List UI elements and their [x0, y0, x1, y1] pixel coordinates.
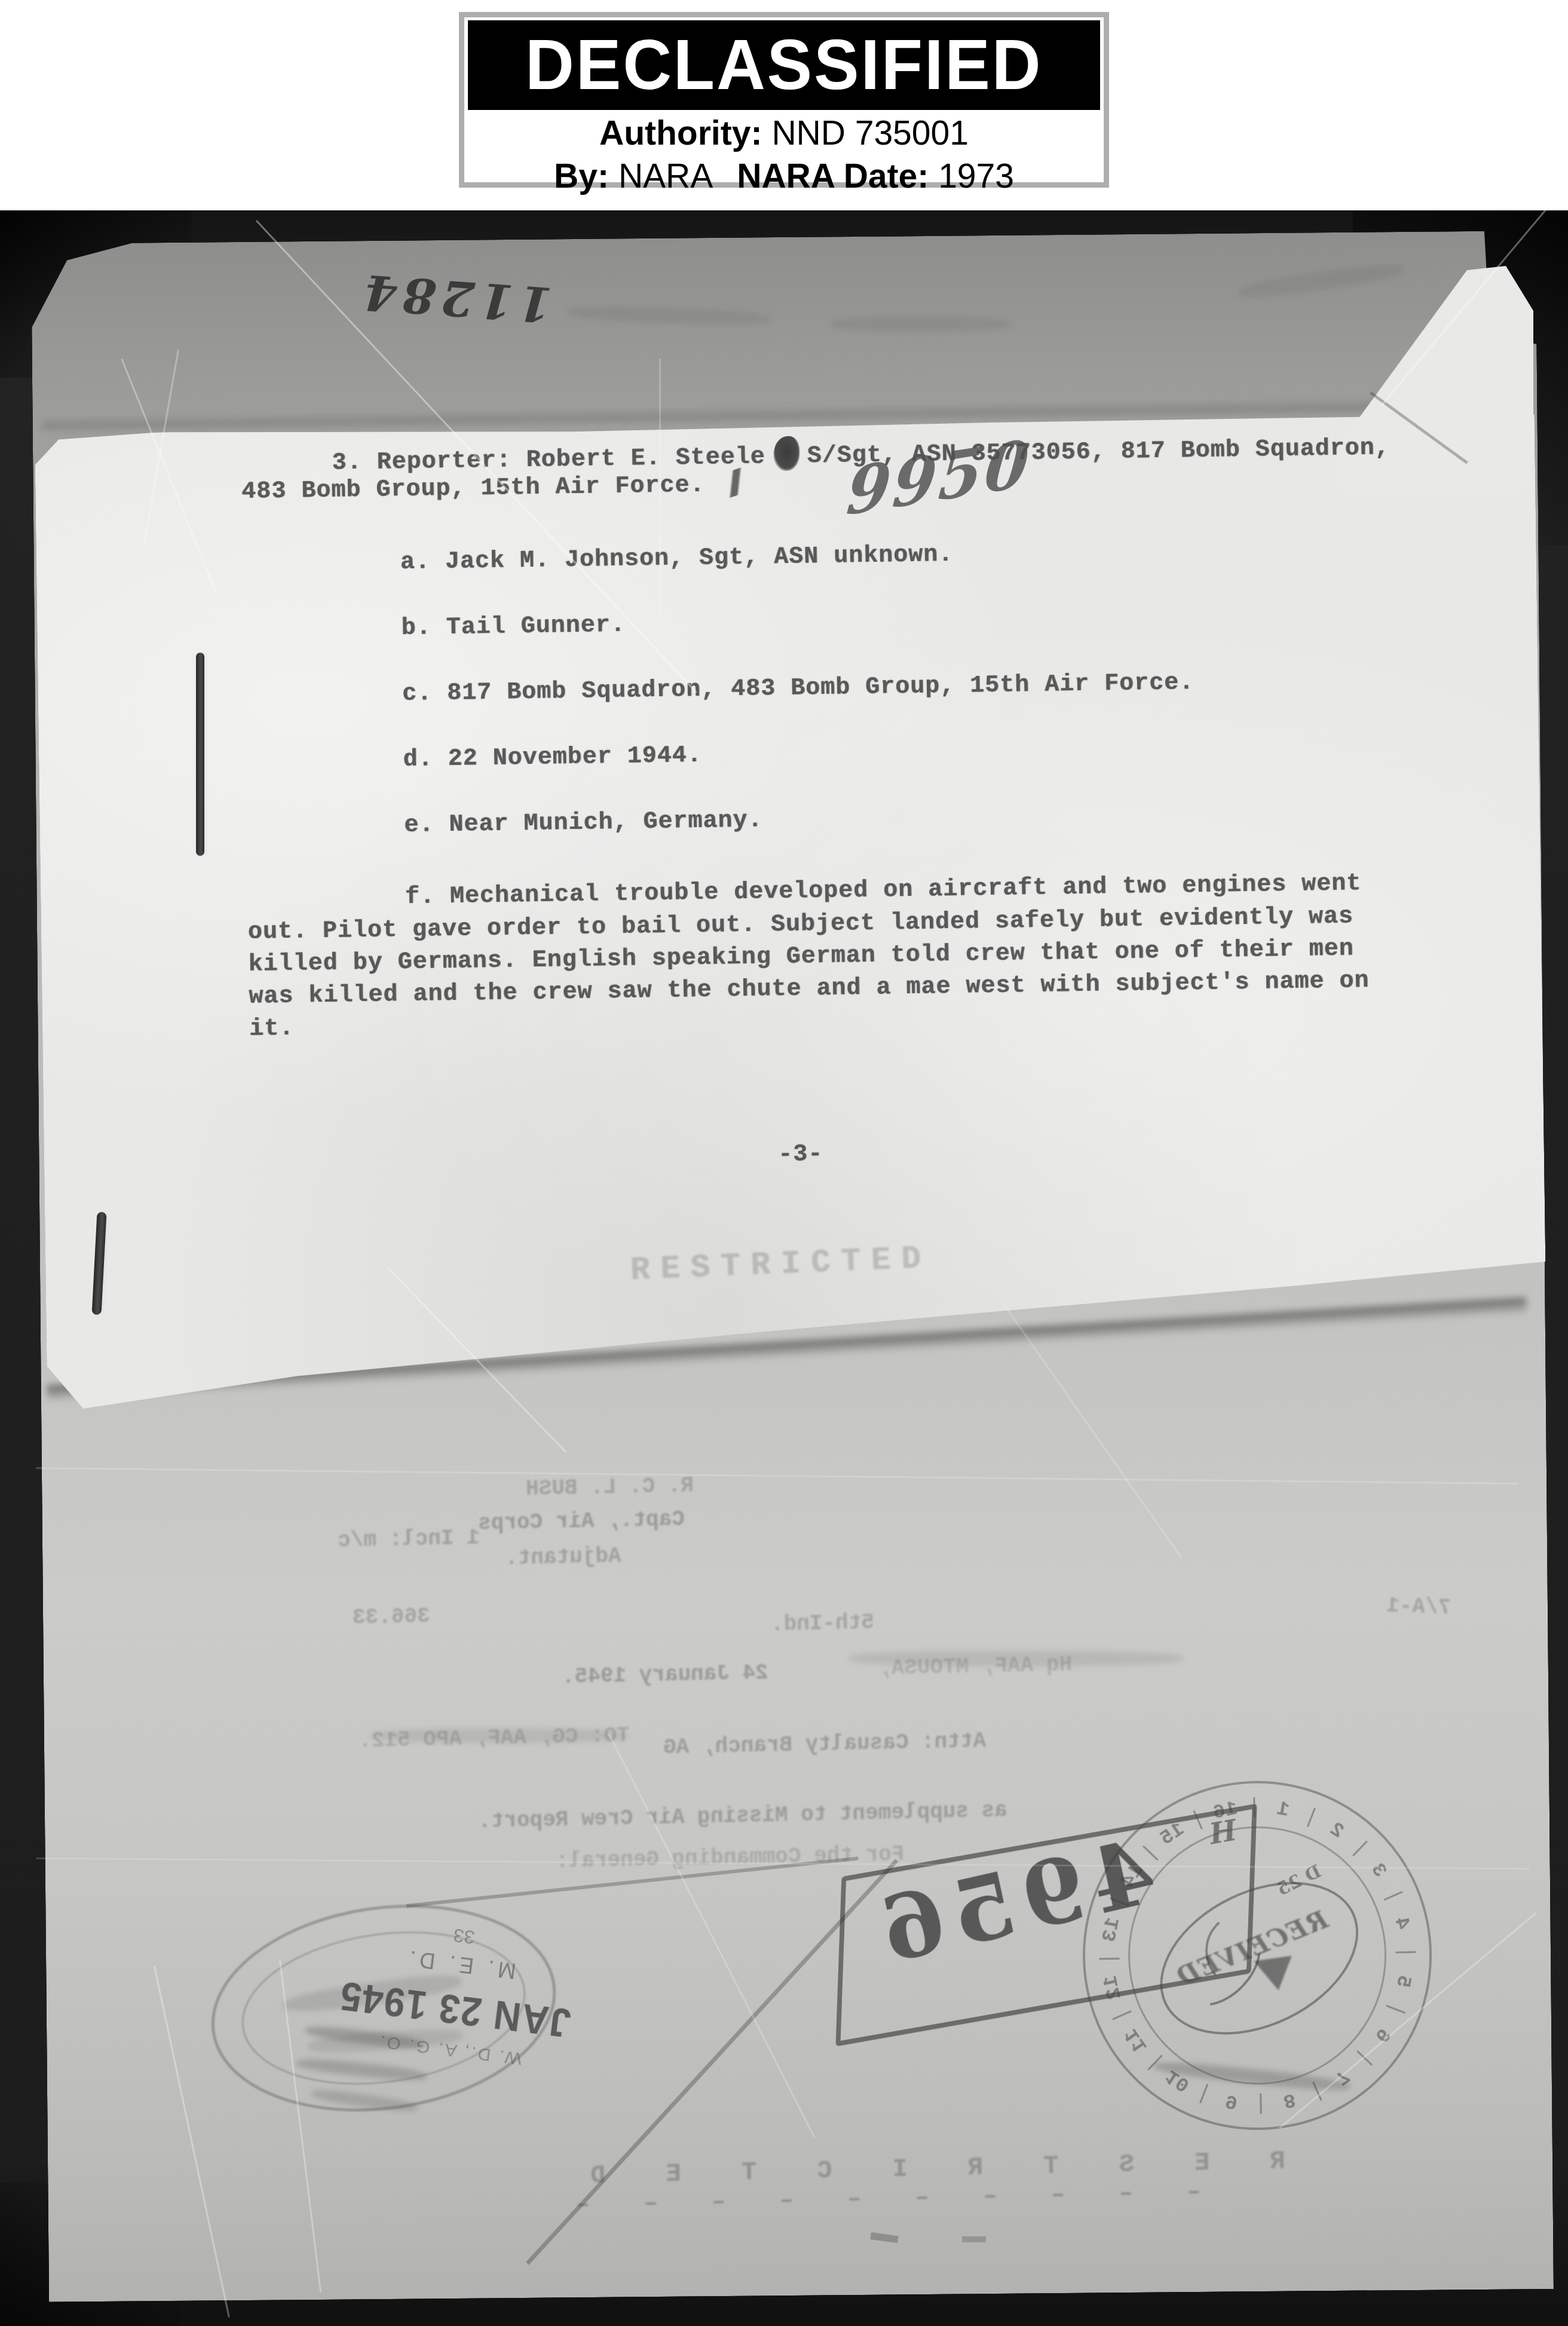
ghost-file-number: 366.33 — [353, 1604, 430, 1630]
ink-smudge — [370, 1728, 627, 1743]
ink-blot — [773, 436, 800, 472]
clock-number: 9 — [1215, 2085, 1248, 2116]
item-a: a. Jack M. Johnson, Sgt, ASN unknown. — [400, 541, 954, 576]
declassified-banner-bar: DECLASSIFIED — [468, 20, 1100, 110]
ghost-routing: 7/A-1 — [1386, 1593, 1451, 1620]
pencil-mark — [962, 2236, 986, 2242]
ink-smudge — [831, 317, 1010, 331]
film-scratch — [659, 359, 661, 616]
banner-by-line: By:NARANARA Date:1973 — [464, 157, 1104, 196]
pencil-check-mark — [715, 466, 755, 500]
authority-label: Authority: — [599, 114, 762, 152]
intro-line-2: 483 Bomb Group, 15th Air Force. — [241, 470, 752, 506]
nara-date-value: 1973 — [938, 157, 1014, 195]
ghost-signature-rank: Capt., Air Corps — [478, 1507, 685, 1535]
by-label: By: — [554, 157, 609, 195]
page-number: -3- — [778, 1141, 823, 1168]
by-value: NARA — [618, 157, 713, 195]
date-received-stamp: W. D., A. G. O. JAN 23 1945 M. E. D. 33 — [310, 1811, 617, 2077]
ghost-signature-name: R. C. L. BUSH — [526, 1473, 694, 1501]
item-f-line-5: it. — [249, 1015, 295, 1043]
ghost-date-fragment: 24 January 1945. — [562, 1660, 768, 1689]
authority-value: NND 735001 — [771, 114, 969, 152]
clock-number: 1 — [1266, 1795, 1299, 1826]
ink-smudge — [849, 1651, 1183, 1666]
restricted-watermark: RESTRICTED — [630, 1241, 932, 1289]
item-b: b. Tail Gunner. — [401, 612, 626, 642]
ghost-signature-title: Adjutant. — [505, 1544, 621, 1571]
ghost-inclosure: 1 Incl: m/c — [338, 1526, 480, 1553]
declassified-banner: DECLASSIFIED Authority:NND 735001 By:NAR… — [459, 12, 1109, 188]
declassified-title: DECLASSIFIED — [525, 25, 1042, 106]
staple — [196, 653, 204, 856]
banner-authority-line: Authority:NND 735001 — [464, 114, 1104, 153]
nara-date-label: NARA Date: — [737, 157, 929, 195]
item-c: c. 817 Bomb Squadron, 483 Bomb Group, 15… — [402, 669, 1195, 708]
typed-text-block: 3. Reporter: Robert E. SteeleS/Sgt, ASN … — [236, 422, 1565, 1456]
item-d: d. 22 November 1944. — [403, 742, 702, 773]
box-corner-letter: H — [1209, 1813, 1237, 1852]
ghost-indorsement: 5th-Ind. — [771, 1610, 875, 1637]
intro-line-2-text: 483 Bomb Group, 15th Air Force. — [241, 472, 705, 506]
clock-number: 5 — [1387, 1964, 1418, 1997]
item-e: e. Near Munich, Germany. — [404, 807, 763, 839]
scanned-document-page: R. C. L. BUSH Capt., Air Corps Adjutant.… — [0, 0, 1568, 2326]
